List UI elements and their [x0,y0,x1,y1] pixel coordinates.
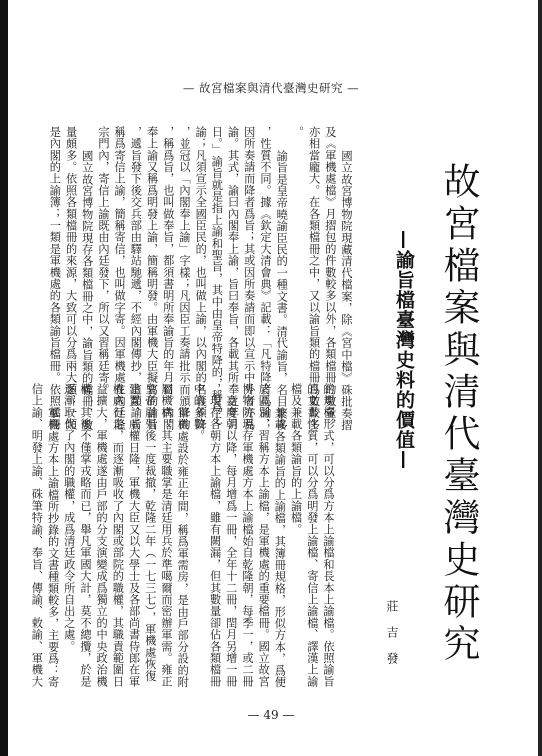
text-column: 皇帝崩殂後一度裁撤，乾隆二年（一七三七），軍機處恢復 [142,383,158,673]
text-column: 諭；凡須宣示全國臣民的，也叫做上諭，以內閣的名義頒降 [192,126,208,386]
text-column: 日。」諭旨就是指上諭和聖旨，其中由皇帝特降的，稱爲上 [208,126,224,386]
text-column: 軍機處設於雍正年間，稱爲軍需房，是由戶部分設的附 [174,383,190,673]
text-column: 逐漸取代了內閣的職權，成爲清廷政令所自出之處。 [61,383,77,673]
text-column: ，稱爲旨，也叫做奉旨，都須書明所奉諭旨的年月日。內閣 [160,126,176,386]
text-column: 檔及兼載各類諭旨的上諭檔。 [287,383,303,673]
text-column: 的文書性質，可以分爲明發上諭檔、寄信上諭檔、譯漢上諭 [304,383,320,673]
text-column: 建置，威權日隆，軍機大臣又以大學士及各部尚書侍郎在軍 [125,383,141,673]
text-column: 國立故宮博物院現存各類檔冊之中，諭旨類的檔冊，數 [79,126,95,386]
text-column: 機處行走，而逐漸吸收了內閣或部院的職權，其職責範圍日 [109,383,125,673]
text-column: ，性質不同。據《欽定大清會典》記載：「凡特降者爲諭； [257,126,273,386]
text-column: 軍機處方本上諭檔所抄錄的文書種類較多，主要爲：寄 [44,383,60,673]
text-column: 稱爲寄信上諭，簡稱寄信，也叫做字寄。因軍機處在內廷隆 [111,126,127,386]
text-column: 於區別，習稱方本上諭檔，是軍機處的重要檔冊。國立故宮 [255,383,271,673]
text-column: 及《軍機處檔》月摺包的件數較多以外，各類檔冊的數量， [322,126,338,386]
article-title: 故宮檔案與清代臺灣史研究 [436,162,480,666]
body-text-upper: 國立故宮博物院現藏清代檔案，除《宮中檔》硃批奏摺及《軍機處檔》月摺包的件數較多以… [46,126,354,386]
text-column: 博物院現存軍機處方本上諭檔始自乾隆朝，每季一，或二冊 [239,383,255,673]
text-column: 。嘉慶朝以降，每月增爲一冊，全年十二冊，閏月另增一冊 [223,383,239,673]
text-column: 量頗多。依照各類檔冊的來源，大致可以分爲兩大類：一類 [62,126,78,386]
text-column: 益擴大，軍機處遂由戶部的分支演變成爲獨立的中央政治機 [93,383,109,673]
text-column: 奉上諭又稱爲明發上諭，簡稱明發。由軍機大臣擬寫的諭旨 [143,126,159,386]
text-column: 信上諭、明發上諭、硃筆特諭、奉旨、傳諭、敕諭、軍機大 [28,383,44,673]
text-column: 宗門內，寄信上諭既由內廷發下，所以又習稱廷寄。 [95,126,111,386]
text-column: ，遞旨發下後交兵部由驛站馳遞，不經內閣傳抄，這類諭旨 [127,126,143,386]
running-head: — 故宮檔案與清代臺灣史研究 — [0,80,542,96]
text-column: 因所奏請而降者爲旨；其或因所奏請而即以宣示中外者亦爲 [241,126,257,386]
text-column: 屬機構，其主要職掌是清廷用兵於準噶爾而密辦軍需。雍正 [158,383,174,673]
text-column: 。 [289,126,305,386]
text-column: 是內閣的上諭簿；一類是軍機處的各類諭旨檔冊。依照檔冊 [46,126,62,386]
text-column: 國立故宮博物院現藏清代檔案，除《宮中檔》硃批奏摺 [338,126,354,386]
scan-edge-left [0,0,8,756]
text-column: 中的多數。 [190,383,206,673]
author-name: 莊吉發 [384,600,400,678]
text-column: 亦相當龐大。在各類檔冊之中，又以諭旨類的檔冊爲數較多 [305,126,321,386]
text-column: 兼載各類諭旨的上諭檔，其簿冊規格，形似方本，爲便 [271,383,287,673]
text-column: 諭。其式，諭曰內閣奉上諭，旨曰奉旨，各載其所奉之年月 [224,126,240,386]
body-text-lower: 的規格形式，可以分爲方本上諭檔和長本上諭檔。依照諭旨的文書性質，可以分爲明發上諭… [28,383,336,673]
scan-edge-right [538,0,542,756]
text-column: 諭旨是皇帝曉諭臣民的一種文書。清代諭旨，名目繁多 [273,126,289,386]
text-column: 的規格形式，可以分爲方本上諭檔和長本上諭檔。依照諭旨 [320,383,336,673]
article-subtitle: —諭旨檔臺灣史料的價值— [392,230,416,470]
text-column: ，並冠以「內閣奉上諭」字樣；凡因臣工奏請批示而頒降的 [176,126,192,386]
text-column: ，現存各朝方本上諭檔，雖有闕漏，但其數量卻佔各類檔冊 [206,383,222,673]
page-number: — 49 — [0,708,542,722]
text-column: 構。其後不僅掌戎略而已，舉凡軍國大計，莫不總攬，於是 [77,383,93,673]
